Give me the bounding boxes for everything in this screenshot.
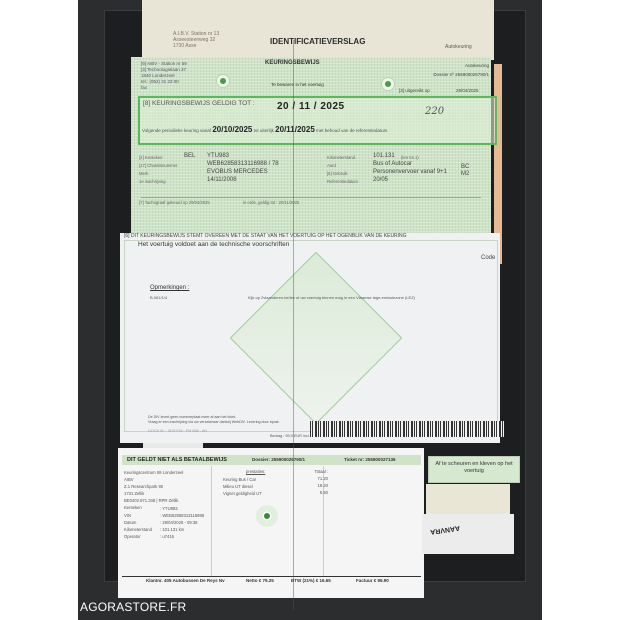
watermark: AGORASTORE.FR xyxy=(80,600,186,614)
tacho-valid: in orde, geldig tot : 20/11/2025 xyxy=(243,200,299,205)
plate-value: YTU983 xyxy=(207,153,229,159)
kb-station-address: [9] AIBV - Station nr 59 [3] Technologie… xyxy=(141,61,187,91)
receipt-vehicle-values: : YTU983 : WEB62858313116988 : 29/04/202… xyxy=(160,505,204,540)
receipt-header-bar: DIT GELDT NIET ALS BETAALBEWIJS Dossier:… xyxy=(122,455,421,465)
mileage-unit: (km 04.1) xyxy=(401,155,419,160)
receipt-title: DIT GELDT NIET ALS BETAALBEWIJS xyxy=(127,457,227,463)
underlying-sheet: AANVRA xyxy=(422,514,514,554)
netto-amount: Netto € 79.25 xyxy=(246,578,274,583)
make-value: EVOBUS MERCEDES xyxy=(207,169,268,175)
mileage-value: 101.131 xyxy=(373,153,395,159)
div-disclaimer: De DIV levert geen nummerplaat meer af a… xyxy=(148,415,280,424)
idv-station-address: A.I.B.V. Station nr 13 Asseesteenweg 32 … xyxy=(173,31,219,49)
country-code: BEL xyxy=(184,153,195,159)
invoice-total: Factuur € 95.90 xyxy=(356,578,389,583)
kb-issued-date: 29/04/2025 xyxy=(456,88,479,93)
receipt-total-line xyxy=(122,576,421,577)
label-plate: [2] Kenteken xyxy=(139,155,163,160)
kind-value: Bus of Autocar xyxy=(373,161,412,167)
kb-issued-label: [3] uitgereikt op xyxy=(399,88,430,93)
label-kind: Aard xyxy=(327,163,336,168)
label-mileage: Kilometerstand xyxy=(327,155,355,160)
handwritten-note: 220 xyxy=(425,106,444,117)
use-value: Personenvervoer vanaf 9+1 xyxy=(373,169,447,175)
kb-dossier: Dossier nº 255900026790/1 xyxy=(393,72,489,77)
underlying-sheet xyxy=(426,484,510,514)
idv-title: IDENTIFICATIEVERSLAG xyxy=(270,37,365,46)
first-reg-value: 14/11/2008 xyxy=(207,177,237,183)
keuringsbewijs-sheet: [9] AIBV - Station nr 59 [3] Technologie… xyxy=(131,57,491,235)
aibv-eye-logo-icon xyxy=(256,505,278,527)
receipt-divider xyxy=(211,466,212,576)
kb-keep-note: Te bewaren in het voertuig xyxy=(271,82,324,87)
form-code: DOCA VL - 01/07/18 - FM 836 - AN xyxy=(148,429,207,433)
category-1: BC xyxy=(461,164,469,170)
next-inspection-line: Volgende periodieke keuring vanaf 20/10/… xyxy=(142,125,387,134)
aibv-logo-icon xyxy=(216,74,230,88)
label-make: Merk xyxy=(139,171,148,176)
next-from-date: 20/10/2025 xyxy=(212,125,252,134)
label-vin: [17] Chassisnummer xyxy=(139,163,177,168)
totals-column: Totaal : 71.20 18.20 6.50 xyxy=(306,468,328,496)
underlying-sheet-text: AANVRA xyxy=(430,524,461,535)
validity-box: [8] KEURINGSBEWIJS GELDIG TOT : 20 / 11 … xyxy=(138,96,497,145)
result-text: Het voertuig voldoet aan de technische v… xyxy=(138,241,289,248)
receipt-dossier: Dossier: 255900026790/1 xyxy=(252,457,305,462)
reference-date-value: 20/05 xyxy=(373,177,388,183)
services-title: prestaties: xyxy=(246,469,265,474)
idv-type: Autokeuring xyxy=(445,44,472,50)
tacho-check: [7] Tachograaf gekeurd op 29/04/2025 xyxy=(139,200,210,205)
identificatieverslag-sheet: A.I.B.V. Station nr 13 Asseesteenweg 32 … xyxy=(142,0,494,60)
label-use: [6] Gebruik xyxy=(327,171,347,176)
remarks-value: B.061/1/4 xyxy=(150,295,167,300)
btw-amount: BTW (21%) € 16.65 xyxy=(291,578,331,583)
services-list: Keuring Bus / Car Milieu UT diesel Vigne… xyxy=(223,476,262,497)
left-margin xyxy=(0,0,78,620)
inspection-result-section: [6] DIT KEURINGSBEWIJS STEMT OVEREEN MET… xyxy=(120,233,500,443)
category-2: M2 xyxy=(461,171,469,177)
kb-divider xyxy=(141,197,481,198)
valid-until-date: 20 / 11 / 2025 xyxy=(277,101,345,112)
vin-value: WEB62858313116988 / 78 xyxy=(207,161,279,167)
tear-off-text: Af te scheuren en kleven op het voertuig xyxy=(429,461,519,475)
remarks-label: Opmerkingen : xyxy=(150,285,189,291)
label-first-reg: 1e inschrijving xyxy=(139,179,166,184)
barcode xyxy=(310,421,504,437)
tear-off-sticker: Af te scheuren en kleven op het voertuig xyxy=(428,456,520,483)
valid-until-label: [8] KEURINGSBEWIJS GELDIG TOT : xyxy=(143,100,255,107)
paper-fold-line xyxy=(293,40,294,610)
receipt-stub: DIT GELDT NIET ALS BETAALBEWIJS Dossier:… xyxy=(118,448,424,598)
next-to-date: 20/11/2025 xyxy=(275,125,315,134)
client-number: Klantnr. 405 Autobussen De Reys Nv xyxy=(146,578,225,583)
label-reference-date: Referentiedatum xyxy=(327,179,358,184)
code-label: Code xyxy=(481,255,495,261)
kb-type: Autokeuring xyxy=(431,63,489,68)
aibv-logo-icon xyxy=(381,77,395,91)
receipt-ticket: Ticket nr: 255900027136 xyxy=(344,457,395,462)
document-photo: A.I.B.V. Station nr 13 Asseesteenweg 32 … xyxy=(78,0,542,620)
lez-note: Kijk op 2vlaanderen.be/lez of uw voertui… xyxy=(248,295,415,300)
statement-header: [6] DIT KEURINGSBEWIJS STEMT OVEREEN MET… xyxy=(124,233,407,239)
right-margin xyxy=(542,0,620,620)
